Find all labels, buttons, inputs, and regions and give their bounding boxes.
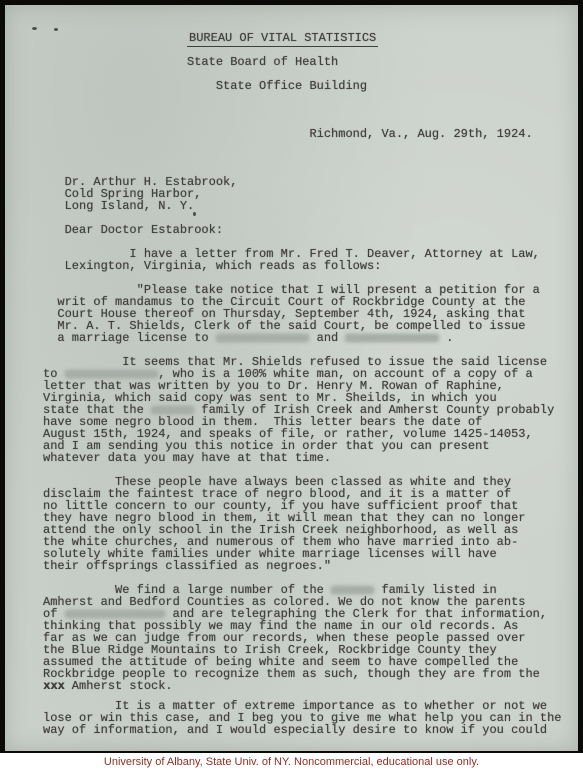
letter-content: BUREAU OF VITAL STATISTICS State Board o… (43, 32, 572, 736)
letterhead-line3: State Office Building (43, 80, 572, 92)
redacted-name (65, 610, 166, 618)
paragraph: We find a large number of the family lis… (43, 584, 572, 692)
dateline: Richmond, Va., Aug. 29th, 1924. (43, 128, 572, 140)
paper-speck (54, 28, 58, 31)
letter-body: I have a letter from Mr. Fred T. Deaver,… (43, 248, 572, 736)
letterhead-line2: State Board of Health (43, 56, 572, 68)
redacted-name (65, 370, 159, 378)
salutation: Dear Doctor Estabrook: (43, 224, 572, 236)
letterhead: BUREAU OF VITAL STATISTICS State Board o… (43, 32, 572, 92)
paragraph: It is a matter of extreme importance as … (43, 700, 572, 736)
letter-line: Long Island, N. Y. (65, 200, 572, 212)
credit-text: University of Albany, State Univ. of NY.… (104, 756, 479, 768)
paragraph: "Please take notice that I will present … (43, 284, 572, 344)
paragraph: It seems that Mr. Shields refused to iss… (43, 356, 572, 464)
redacted-name (151, 406, 194, 414)
scan-frame: BUREAU OF VITAL STATISTICS State Board o… (0, 0, 583, 770)
letter-line: their offsprings classified as negroes." (43, 560, 572, 572)
letter-paper: BUREAU OF VITAL STATISTICS State Board o… (5, 5, 578, 751)
letter-line: Lexington, Virginia, which reads as foll… (43, 260, 572, 272)
redacted-name (216, 334, 310, 342)
redacted-name (345, 334, 439, 342)
letter-line: way of information, and I would especial… (43, 724, 572, 736)
paper-speck (32, 27, 37, 30)
struck-out-text: xxx (43, 679, 65, 693)
letterhead-title: BUREAU OF VITAL STATISTICS (187, 31, 378, 47)
letterhead-title-line: BUREAU OF VITAL STATISTICS (43, 32, 572, 44)
recipient-address: Dr. Arthur H. Estabrook,Cold Spring Harb… (43, 176, 572, 212)
redacted-name (331, 586, 374, 594)
paragraph: These people have always been classed as… (43, 476, 572, 572)
paragraph: I have a letter from Mr. Fred T. Deaver,… (43, 248, 572, 272)
letter-line: whatever data you may have at that time. (43, 452, 572, 464)
letter-line: xxx Amherst stock. (43, 680, 572, 692)
letter-line: a marriage license to and . (43, 332, 572, 344)
credit-strip: University of Albany, State Univ. of NY.… (0, 753, 583, 770)
